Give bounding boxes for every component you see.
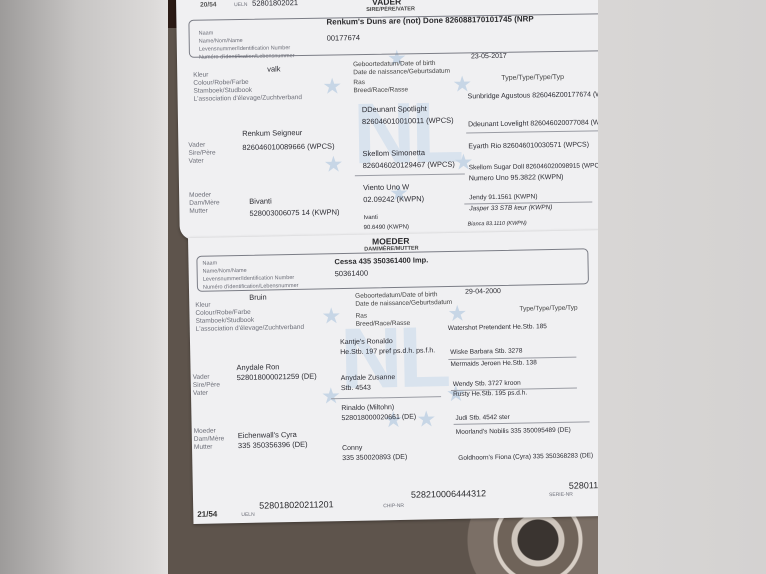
grandsire-2-name: Viento Uno W [363,182,409,192]
ueln-value: 52801802021 [252,0,298,8]
type-label: Type/Type/Type/Typ [501,74,564,83]
sire-name: Anydale Ron [236,362,279,372]
great-grandparent: Watershot Pretendent He.Stb. 185 [448,323,547,332]
great-grandparent: Moorland's Nobilis 335 350095489 (DE) [456,427,571,436]
granddam-2-id: 335 350020893 (DE) [342,454,407,462]
star-icon: ★ [321,305,341,327]
granddam-2-id: 90.6490 (KWPN) [364,224,409,231]
great-grandparent: Jendy 91.1561 (KWPN) [469,193,537,201]
great-grandparent: Wendy Stb. 3727 kroon [453,380,521,388]
great-grandparent: Goldhoorn's Fiona (Cyra) 335 350368283 (… [458,452,593,462]
granddam-2-name: Ivanti [363,215,377,221]
dam-name: Bivanti [249,197,272,206]
great-grandparent: Bianca 83.1110 (KWPN) [468,221,527,228]
great-grandparent: Rusty He.Stb. 195 ps.d.h. [453,390,527,398]
breed-label: Ras Breed/Race/Rasse [355,312,410,329]
grandsire-name: Kantje's Ronaldo [340,338,393,346]
page-number: 20/54 [200,1,216,8]
grandsire-2-id: 02.09242 (KWPN) [363,194,424,204]
chip-value: 528210006444312 [411,488,486,499]
granddam-id: 826046020129467 (WPCS) [363,160,455,170]
name-label: Naam Name/Nom/Name Levensnummer/Identifi… [199,28,295,61]
granddam-id: Stb. 4543 [341,385,371,393]
sire-name: Renkum Seigneur [242,128,302,138]
sire-label: Vader Sire/Père Vater [193,373,221,398]
great-grandparent: Ddeunant Lovelight 826046020077084 (WPC [468,119,598,128]
ueln-value: 528018020211201 [259,499,334,510]
dam-label: Moeder Dam/Mère Mutter [189,191,220,215]
sire-page: NL ★ ★ ★ ★ ★ ★ 20/54 UELN 52801802021 VA… [176,0,598,240]
dam-page: NL ★ ★ ★ ★ ★ ★ MOEDER DAM/MÈRE/MUTTER Na… [188,230,598,524]
great-grandparent: Sunbridge Agustous 826046Z00177674 (WPC [468,91,598,100]
grandsire-id: 826046010010011 (WPCS) [362,116,454,126]
dam-id: 335 350356396 (DE) [238,440,308,450]
dam-id: 528003006075 14 (KWPN) [249,207,339,217]
document-photo: NL ★ ★ ★ ★ ★ ★ 20/54 UELN 52801802021 VA… [168,0,598,574]
granddam-2-name: Conny [342,445,362,452]
dob-label: Geboortedatum/Date of birth Date de nais… [355,291,452,309]
colour-label: Kleur Colour/Robe/Farbe Stamboek/Studboo… [195,300,304,334]
dam-name: Eichenwall's Cyra [238,430,297,440]
name-label: Naam Name/Nom/Name Levensnummer/Identifi… [202,258,298,292]
star-icon: ★ [323,153,343,175]
great-grandparent: Jasper 33 STB keur (KWPN) [469,204,552,212]
dob-value: 29-04-2000 [465,288,501,296]
star-icon: ★ [321,385,341,407]
grandsire-2-id: 528018000020661 (DE) [341,414,416,422]
great-grandparent: Eyarth Rio 826046010030571 (WPCS) [468,142,589,151]
great-grandparent: Judi Stb. 4542 ster [455,414,509,422]
dob-value: 23-05-2017 [471,53,507,61]
ueln-label: UELN [234,1,247,9]
star-icon: ★ [452,73,472,95]
breed-label: Ras Breed/Race/Rasse [353,78,408,95]
great-grandparent: Skellom Sugar Doll 826046020098915 (WPCS [469,162,598,171]
great-grandparent: Mermaids Jeroen He.Stb. 138 [450,359,536,368]
sire-id: 528018000021259 (DE) [237,372,317,383]
id-number: 00177674 [327,33,361,43]
great-grandparent: Numero Uno 95.3822 (KWPN) [469,174,564,182]
horse-name: Cessa 435 350361400 Imp. [334,255,428,266]
id-number: 50361400 [335,269,369,279]
serie-label: SERIE-NR [549,491,573,499]
dam-label: Moeder Dam/Mère Mutter [194,427,225,452]
granddam-name: Skellom Simonetta [362,148,425,158]
granddam-name: Anydale Zusanne [341,374,396,382]
sire-label: Vader Sire/Père Vater [188,141,215,165]
grandsire-2-name: Rinaldo (Miltohn) [341,404,394,412]
sire-id: 826046010089666 (WPCS) [242,142,334,152]
serie-value: 528011969 [569,480,598,491]
page-number: 21/54 [197,509,217,518]
great-grandparent: Wiske Barbara Stb. 3278 [450,348,522,356]
colour-label: Kleur Colour/Robe/Farbe Stamboek/Studboo… [193,70,302,104]
section-subtitle: SIRE/PÈRE/VATER [366,6,415,13]
star-icon: ★ [416,408,436,430]
star-icon: ★ [322,75,342,97]
grandsire-name: DDeunant Spotlight [362,104,427,114]
dob-label: Geboortedatum/Date of birth Date de nais… [353,60,450,78]
ueln-label: UELN [241,511,254,519]
type-label: Type/Type/Type/Typ [519,305,577,314]
chip-label: CHIP-NR [383,502,404,510]
